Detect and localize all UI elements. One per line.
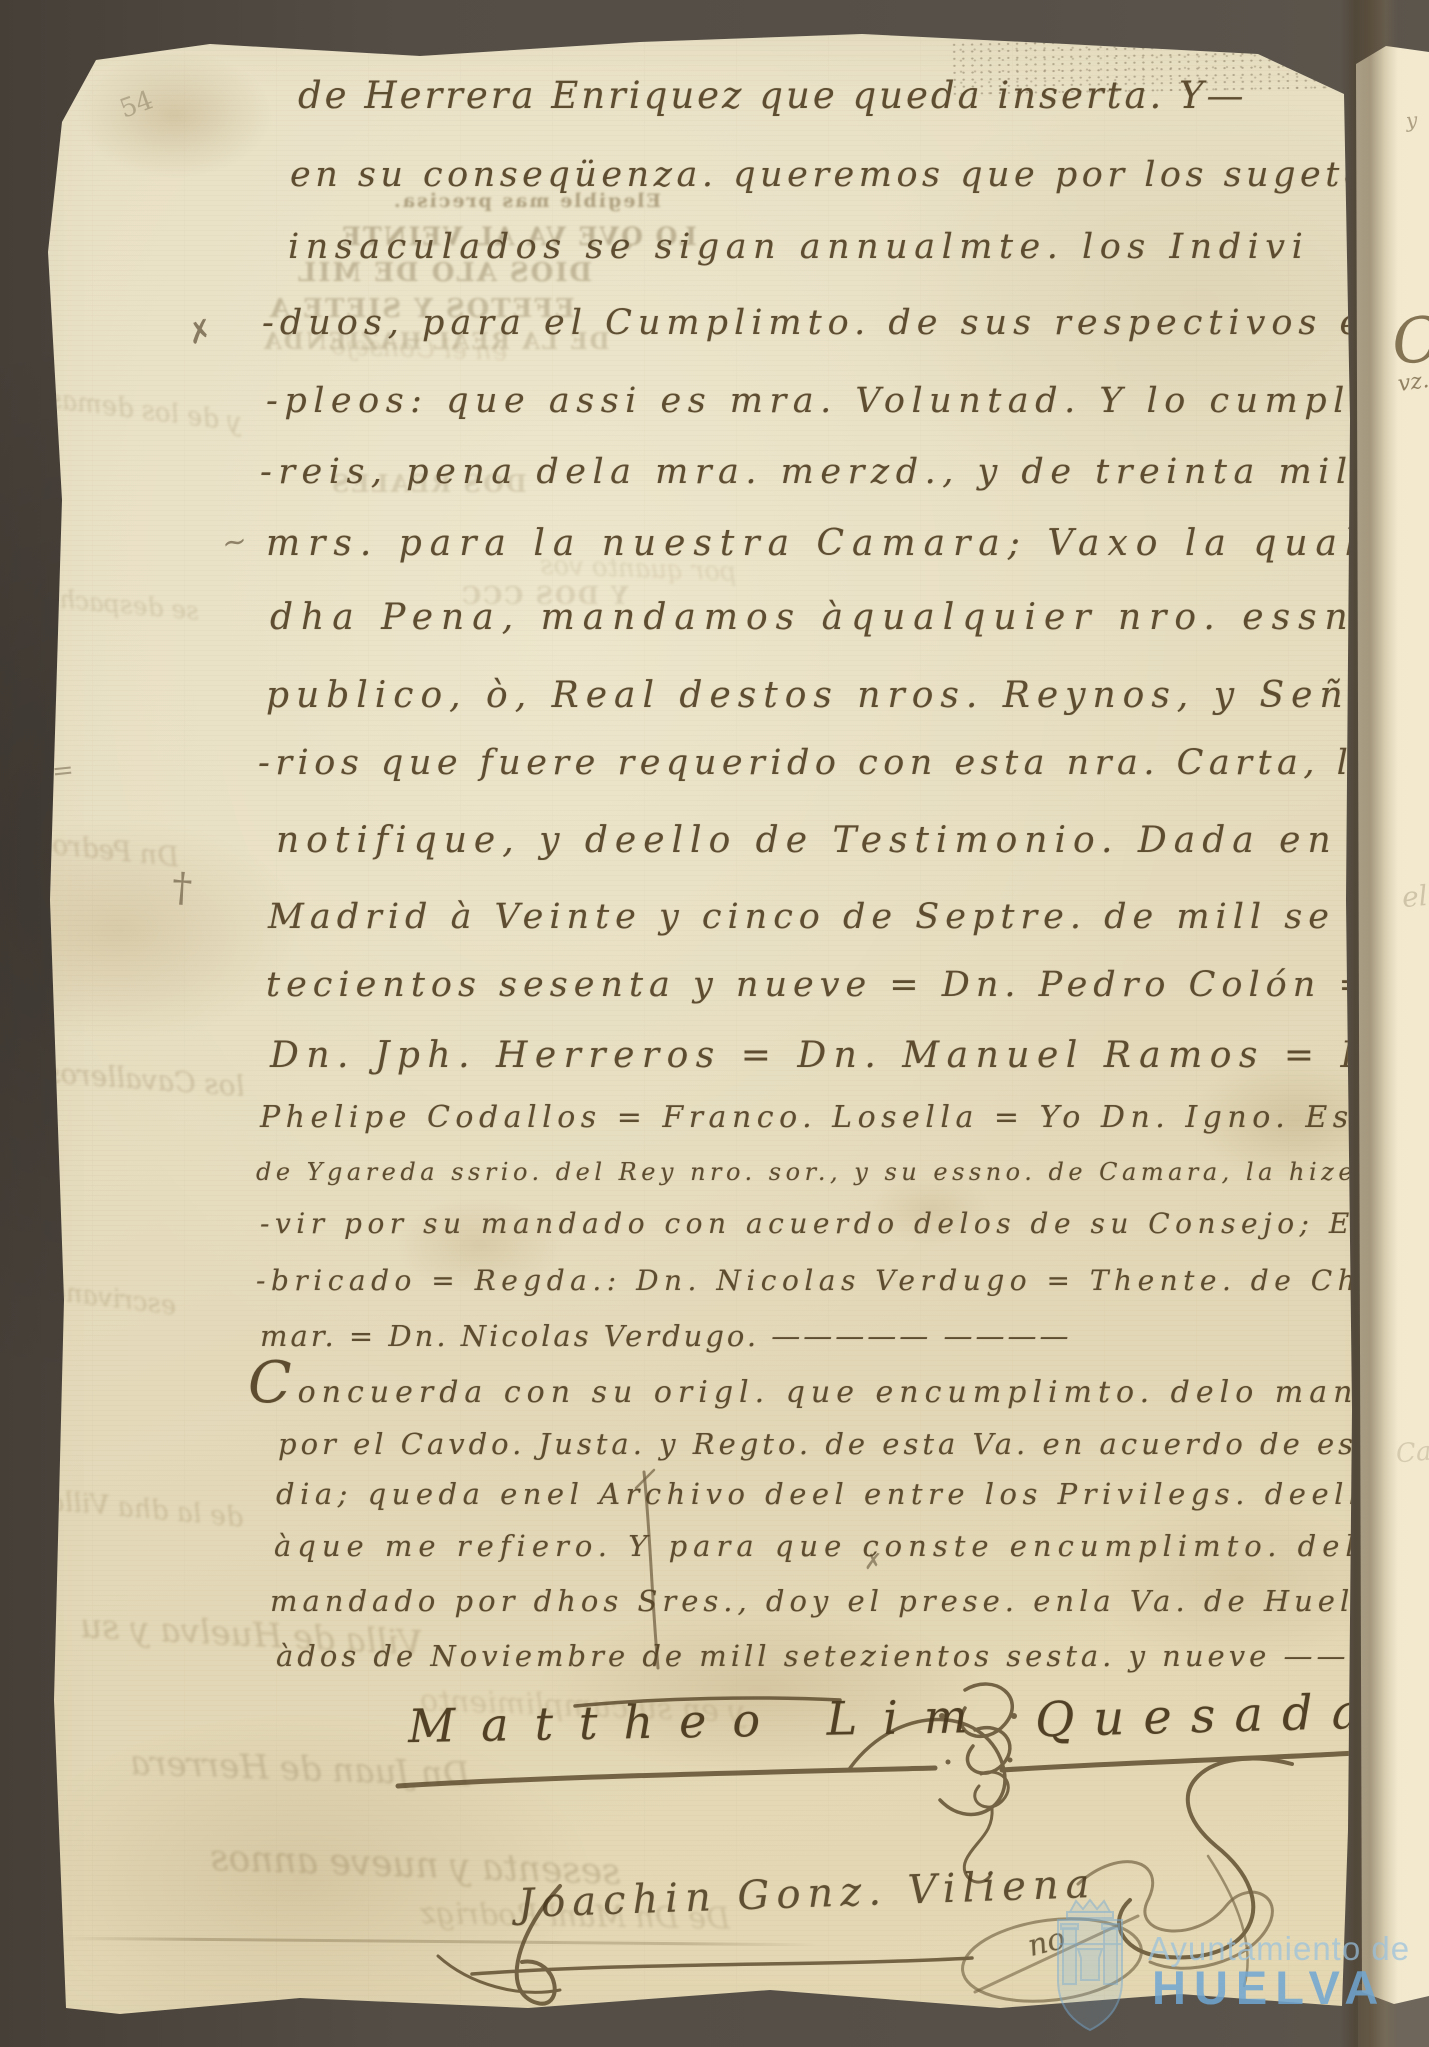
- margin-mark: =: [51, 757, 75, 785]
- manuscript-line: -duos, para el Cumplimto. de sus respect…: [262, 306, 1405, 341]
- manuscript-line: insaculados se sigan annualmte. los Indi…: [288, 230, 1309, 265]
- manuscript-line: por el Cavdo. Justa. y Regto. de esta Va…: [278, 1430, 1394, 1459]
- manuscript-line: Madrid à Veinte y cinco de Septre. de mi…: [268, 900, 1335, 935]
- manuscript-line: àdos de Noviembre de mill setezientos se…: [276, 1642, 1349, 1671]
- signature-1-right: Quesada: [1034, 1688, 1379, 1745]
- manuscript-line: dia; queda enel Archivo deel entre los P…: [276, 1480, 1386, 1509]
- manuscript-line: mandado por dhos Sres., doy el prese. en…: [270, 1587, 1398, 1616]
- adjacent-page-fragment: el: [1401, 879, 1429, 914]
- manuscript-line: -pleos: que assi es mra. Voluntad. Y lo …: [266, 384, 1369, 419]
- signature-1-left: Mattheo Lim: [408, 1693, 994, 1749]
- manuscript-line: de Herrera Enriquez que queda inserta. Y…: [298, 77, 1247, 114]
- manuscript-line: de Ygareda ssrio. del Rey nro. sor., y s…: [256, 1160, 1429, 1184]
- manuscript-line: Concuerda con su origl. que encumplimto.…: [248, 1378, 1429, 1408]
- manuscript-line: -reis, pena dela mra. merzd., y de trein…: [260, 455, 1371, 490]
- adjacent-page-fragment: y: [1405, 108, 1418, 133]
- rubric-note: no: [1025, 1924, 1069, 1962]
- adjacent-page-fragment: Ca: [1395, 1437, 1429, 1470]
- manuscript-page: Elegible mas precisa.LO QVE VA AL VEINTE…: [0, 0, 1429, 2047]
- manuscript-line: mar. = Dn. Nicolas Verdugo. ————— ————: [260, 1322, 1072, 1351]
- manuscript-line: -bricado = Regda.: Dn. Nicolas Verdugo =…: [256, 1267, 1429, 1295]
- manuscript-line: -rios que fuere requerido con esta nra. …: [258, 746, 1380, 781]
- manuscript-line: àque me refiero. Y para que conste encum…: [274, 1532, 1384, 1561]
- manuscript-line: mrs. para la nuestra Camara; Vaxo la qua…: [266, 526, 1365, 562]
- scanned-manuscript-document: Cvz.yelCa Elegible mas precisa.LO QVE VA…: [0, 0, 1429, 2047]
- margin-mark: ✗: [864, 1552, 882, 1574]
- manuscript-line: publico, ò, Real destos nros. Reynos, y …: [266, 678, 1378, 714]
- manuscript-line: notifique, y deello de Testimonio. Dada …: [276, 823, 1338, 859]
- manuscript-line: en su conseqüenza. queremos que por los …: [290, 158, 1392, 193]
- manuscript-line: -vir por su mandado con acuerdo delos de…: [260, 1210, 1429, 1238]
- manuscript-line: Phelipe Codallos = Franco. Losella = Yo …: [260, 1103, 1429, 1133]
- manuscript-line: tecientos sesenta y nueve = Dn. Pedro Co…: [266, 968, 1374, 1003]
- adjacent-page-fragment: vz.: [1396, 368, 1429, 397]
- manuscript-line: dha Pena, mandamos àqualquier nro. essno…: [270, 600, 1404, 636]
- manuscript-line: Dn. Jph. Herreros = Dn. Manuel Ramos = D…: [270, 1038, 1426, 1074]
- margin-mark: ~: [220, 526, 250, 560]
- margin-mark: †: [171, 867, 194, 908]
